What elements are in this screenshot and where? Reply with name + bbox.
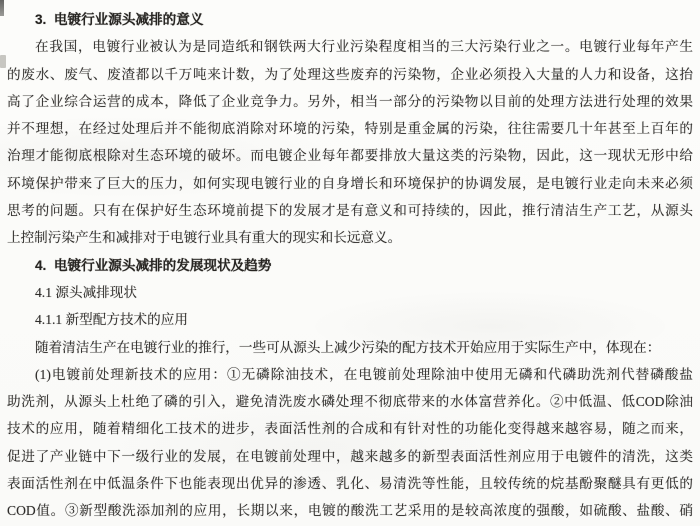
paragraph-line: 环境保护带来了巨大的压力，如何实现电镀行业的自身增长和环境保护的协调发展，是电镀…	[7, 170, 693, 197]
section-3-heading: 3. 电镀行业源头减排的意义	[7, 6, 693, 33]
paragraph-line: COD值。③新型酸洗添加剂的应用，长期以来，电镀的酸洗工艺采用的是较高浓度的强酸…	[7, 497, 693, 524]
paragraph-line: 上控制污染产生和减排对于电镀行业具有重大的现实和长远意义。	[7, 224, 693, 251]
paragraph-line: 技术的应用，随着精细化工技术的进步，表面活性剂的合成和有针对性的功能化变得越来越…	[7, 415, 693, 442]
section-4-heading: 4. 电镀行业源头减排的发展现状及趋势	[7, 252, 693, 279]
paragraph-line: 高了企业综合运营的成本，降低了企业竞争力。另外，相当一部分的污染物以目前的处理方…	[7, 88, 693, 115]
paragraph-line: 治理才能彻底根除对生态环境的破坏。而电镀企业每年都要排放大量这类的污染物，因此，…	[7, 142, 693, 169]
paragraph-line: 并不理想，在经过处理后并不能彻底消除对环境的污染，特别是重金属的污染，往往需要几…	[7, 115, 693, 142]
subsection-4-1-heading: 4.1 源头减排现状	[7, 279, 693, 306]
subsection-4-1-1-heading: 4.1.1 新型配方技术的应用	[7, 306, 693, 333]
paragraph-line: 助洗剂，从源头上杜绝了磷的引入，避免清洗废水磷处理不彻底带来的水体富营养化。②中…	[7, 388, 693, 415]
paragraph-line: 表面活性剂在中低温条件下也能表现出优异的渗透、乳化、易清洗等性能，且较传统的烷基…	[7, 470, 693, 497]
paragraph-line: 在我国，电镀行业被认为是同造纸和钢铁两大行业污染程度相当的三大污染行业之一。电镀…	[7, 33, 693, 60]
paragraph-line: 思考的问题。只有在保护好生态环境前提下的发展才是有意义和可持续的，因此，推行清洁…	[7, 197, 693, 224]
paragraph-line: 随着清洁生产在电镀行业的推行，一些可从源头上减少污染的配方技术开始应用于实际生产…	[7, 334, 693, 361]
paragraph-line: 促进了产业链中下一级行业的发展，在电镀前处理中，越来越多的新型表面活性剂应用于电…	[7, 443, 693, 470]
paragraph-line: (1)电镀前处理新技术的应用：①无磷除油技术，在电镀前处理除油中使用无磷和代磷助…	[7, 361, 693, 388]
paragraph-line: 的废水、废气、废渣都以千万吨来计数，为了处理这些废弃的污染物，企业必须投入大量的…	[7, 61, 693, 88]
document-page: 3. 电镀行业源头减排的意义 在我国，电镀行业被认为是同造纸和钢铁两大行业污染程…	[0, 0, 700, 526]
